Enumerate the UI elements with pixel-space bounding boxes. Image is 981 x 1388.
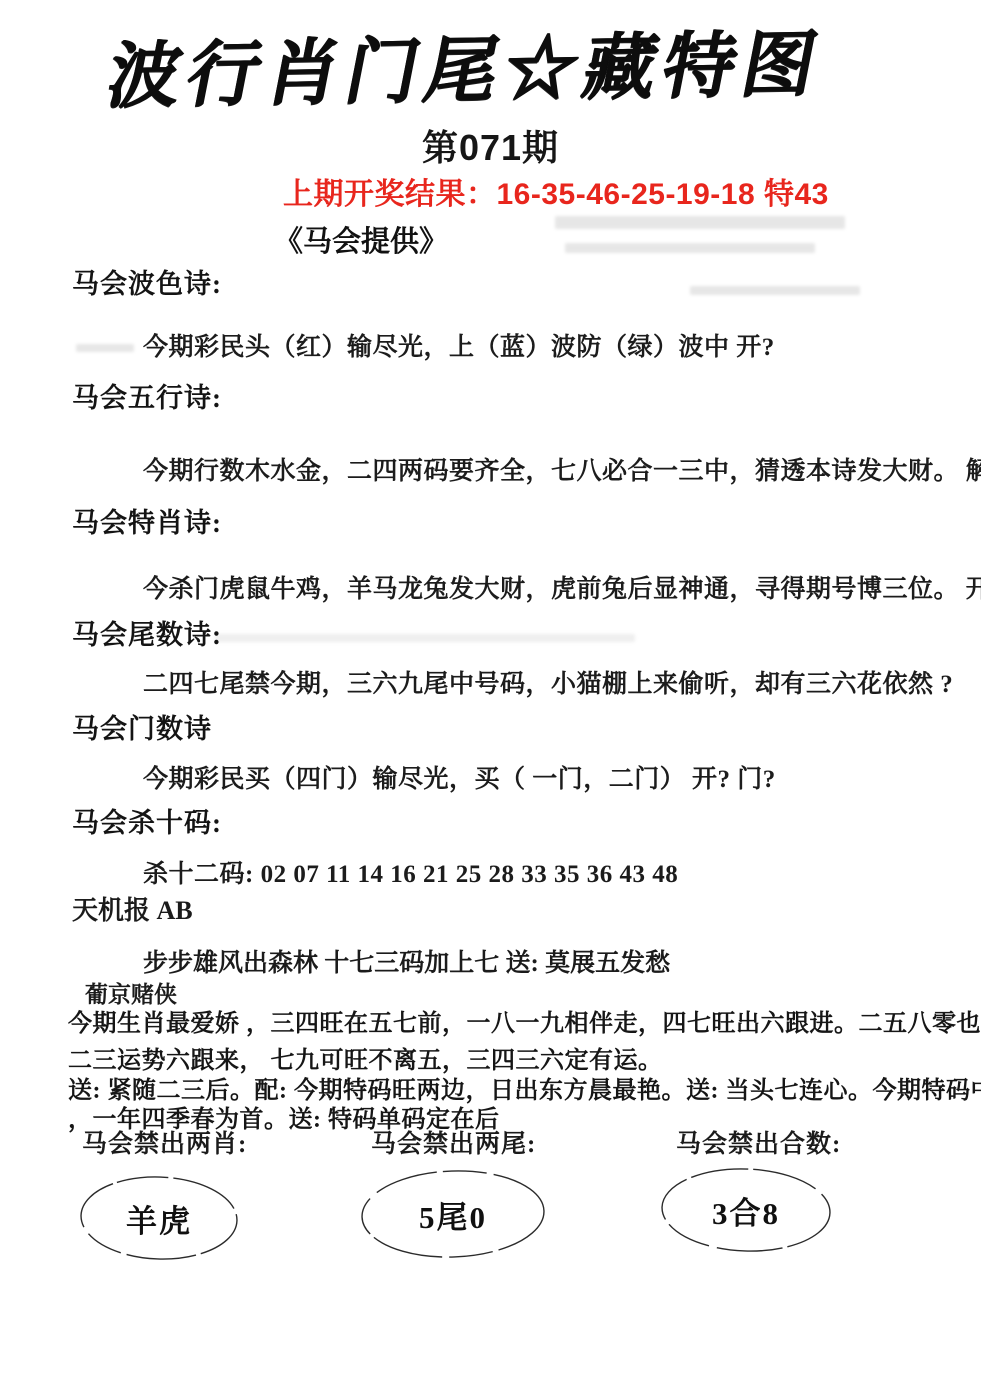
forbidden-zodiac-value: 羊虎 — [126, 1196, 192, 1241]
faded-print-artifact — [565, 243, 815, 253]
killed-numbers-line: 杀十二码: 02 07 11 14 16 21 25 28 33 35 36 4… — [143, 854, 678, 890]
poem-five-elements: 今期行数木水金，二四两码要齐全，七八必合一三中，猜透本诗发大财。 解（?） — [143, 451, 981, 487]
section-header-gate-number: 马会门数诗 — [72, 707, 212, 746]
page-title: 波行肖门尾☆藏特图 — [99, 4, 903, 128]
section-header-killed-numbers: 马会杀十码: — [72, 801, 222, 840]
tianji-report-label: 天机报 AB — [72, 890, 193, 927]
section-header-special-zodiac: 马会特肖诗: — [72, 501, 222, 540]
forbidden-tail-label: 马会禁出两尾: — [371, 1124, 536, 1160]
section-header-wave-color: 马会波色诗: — [72, 262, 222, 301]
faded-print-artifact — [555, 216, 845, 229]
faded-print-artifact — [690, 286, 860, 295]
last-draw-result: 上期开奖结果：16-35-46-25-19-18 特43 — [283, 169, 829, 213]
section-header-tail-number: 马会尾数诗: — [72, 613, 222, 652]
source-caption: 《马会提供》 — [274, 219, 448, 260]
poem-tail-number: 二四七尾禁今期，三六九尾中号码，小猫棚上来偷听，却有三六花依然 ? — [143, 664, 953, 700]
forbidden-sum-oval: 3合8 — [658, 1166, 834, 1254]
pujing-line-1: 今期生肖最爱娇 ，三四旺在五七前，一八一九相伴走，四七旺出六跟进。二五八零也有运… — [68, 1003, 958, 1038]
section-header-five-elements: 马会五行诗: — [72, 376, 222, 415]
faded-print-artifact — [76, 344, 134, 352]
poem-gate-number: 今期彩民买（四门）输尽光，买（ 一门，二门） 开? 门? — [143, 759, 776, 795]
poem-special-zodiac: 今杀门虎鼠牛鸡，羊马龙兔发大财，虎前兔后显神通，寻得期号博三位。 开? — [143, 569, 981, 605]
scanned-lottery-sheet: 波行肖门尾☆藏特图 第071期 上期开奖结果：16-35-46-25-19-18… — [0, 0, 981, 1388]
forbidden-tail-value: 5尾0 — [419, 1192, 487, 1237]
forbidden-sum-label: 马会禁出合数: — [676, 1124, 841, 1160]
forbidden-tail-oval: 5尾0 — [358, 1168, 548, 1260]
forbidden-sum-value: 3合8 — [712, 1188, 780, 1233]
tianji-report-line: 步步雄风出森林 十七三码加上七 送: 莫展五发愁 — [143, 943, 670, 979]
faded-print-artifact — [215, 634, 635, 642]
forbidden-zodiac-label: 马会禁出两肖: — [82, 1124, 247, 1160]
poem-wave-color: 今期彩民头（红）输尽光，上（蓝）波防（绿）波中 开? — [143, 327, 775, 363]
issue-number: 第071期 — [0, 120, 981, 171]
forbidden-zodiac-oval: 羊虎 — [78, 1174, 240, 1262]
